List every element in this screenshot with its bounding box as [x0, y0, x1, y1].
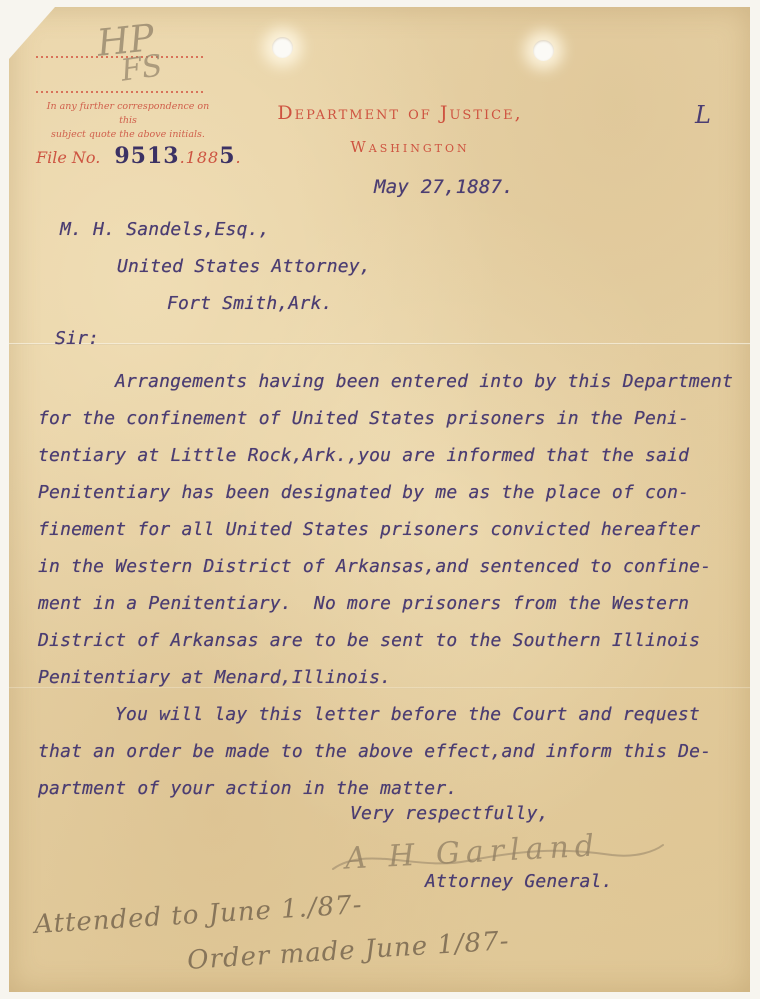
annotation-order-made: Order made June 1/87-: [186, 926, 510, 976]
valediction: Very respectfully,: [350, 803, 549, 824]
letter-paper: HP FS In any further correspondence on t…: [9, 7, 750, 992]
letter-body: Arrangements having been entered into by…: [38, 363, 738, 807]
body-line: Penitentiary has been designated by me a…: [38, 474, 738, 511]
file-number-stamp: 9513: [114, 143, 179, 169]
body-line: partment of your action in the matter.: [38, 770, 738, 807]
letterhead-city: Washington: [255, 138, 565, 156]
file-line-period: .: [236, 148, 242, 167]
instruction-line-2: subject quote the above initials.: [39, 128, 217, 142]
body-line: District of Arkansas are to be sent to t…: [38, 622, 738, 659]
salutation: Sir:: [55, 328, 99, 349]
recipient-location: Fort Smith,Ark.: [167, 293, 333, 314]
punch-hole-left: [272, 37, 293, 58]
file-year-printed: 188: [186, 148, 220, 167]
body-line: tentiary at Little Rock,Ark.,you are inf…: [38, 437, 738, 474]
fold-crease-upper: [9, 343, 750, 345]
routing-dotted-line-2: [36, 91, 203, 93]
file-number-line: File No.9513.1885.: [36, 143, 242, 169]
signer-title: Attorney General.: [425, 871, 613, 892]
corner-mark-l: L: [695, 101, 711, 129]
file-year-stamp: 5: [219, 143, 235, 169]
body-line: Penitentiary at Menard,Illinois.: [38, 659, 738, 696]
letter-date: May 27,1887.: [339, 176, 549, 198]
body-line: for the confinement of United States pri…: [38, 400, 738, 437]
punch-hole-right: [533, 40, 554, 61]
scanned-letter: HP FS In any further correspondence on t…: [0, 0, 760, 999]
body-line: in the Western District of Arkansas,and …: [38, 548, 738, 585]
annotation-attended: Attended to June 1./87-: [33, 890, 363, 940]
body-line: that an order be made to the above effec…: [38, 733, 738, 770]
file-number-label: File No.: [36, 148, 100, 167]
body-line: You will lay this letter before the Cour…: [38, 696, 738, 733]
correspondence-instruction: In any further correspondence on this su…: [39, 100, 217, 142]
pencil-initials-bottom: FS: [119, 48, 165, 88]
body-line: finement for all United States prisoners…: [38, 511, 738, 548]
recipient-title: United States Attorney,: [117, 256, 371, 277]
letterhead-department: Department of Justice,: [245, 102, 555, 124]
instruction-line-1: In any further correspondence on this: [39, 100, 217, 128]
body-line: Arrangements having been entered into by…: [38, 363, 738, 400]
body-line: ment in a Penitentiary. No more prisoner…: [38, 585, 738, 622]
recipient-name: M. H. Sandels,Esq.,: [60, 219, 270, 240]
